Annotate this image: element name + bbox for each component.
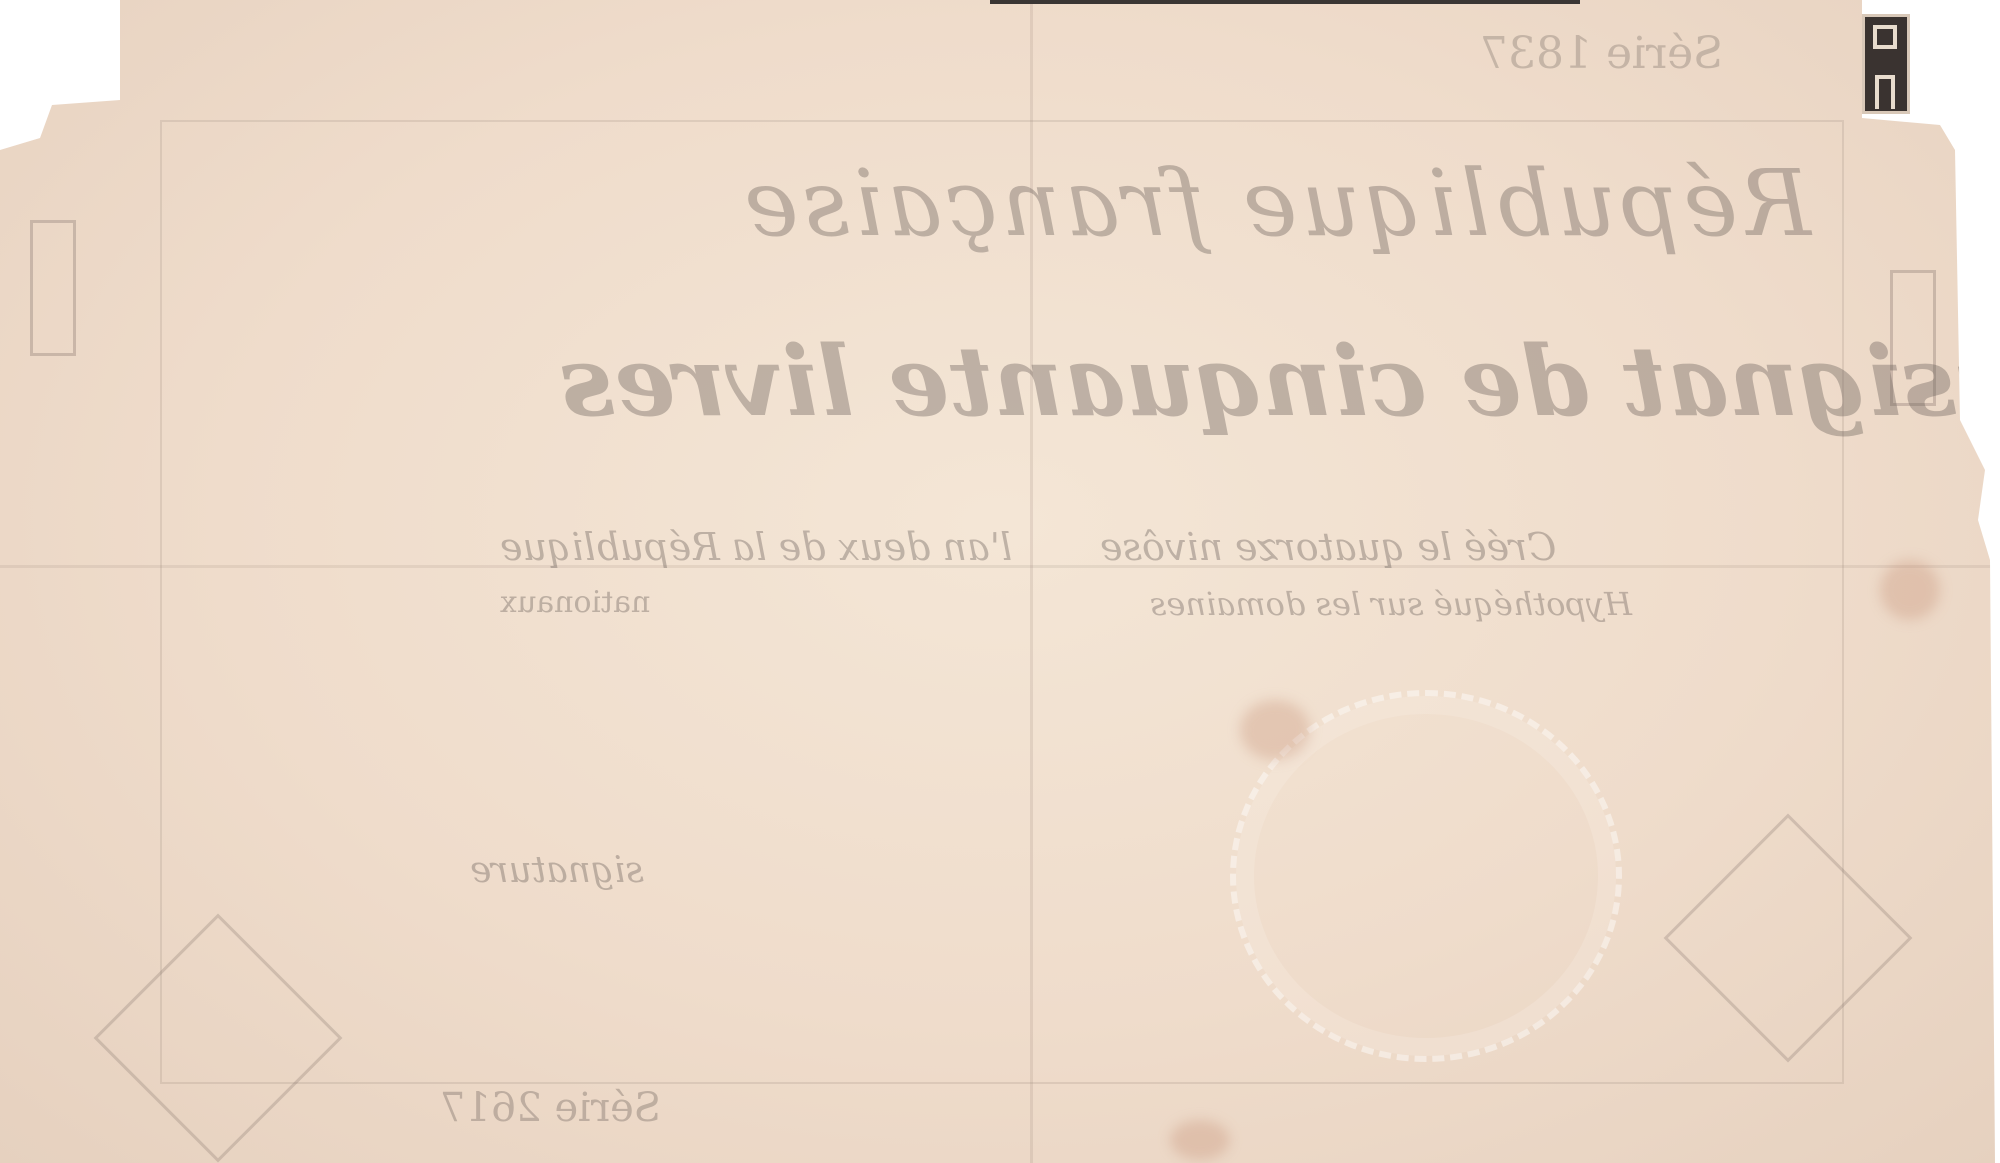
stain	[1880, 560, 1940, 620]
stain	[1240, 700, 1310, 760]
serial-number-bottom: Série 2617	[440, 1085, 661, 1131]
text-line-4: nationaux	[500, 585, 650, 620]
banknote-paper: Série 1837 République française Assignat…	[0, 0, 2000, 1163]
top-edge-shadow	[990, 0, 1580, 4]
serial-number-top: Série 1837	[1480, 28, 1723, 79]
left-ornament	[30, 220, 76, 356]
signature: signature	[470, 850, 644, 891]
stamp-fragment	[1862, 14, 1910, 114]
text-line-1: Créé le quatorze nivôse	[1100, 525, 1556, 569]
text-line-3: Hypothéqué sur les domaines	[1150, 585, 1632, 623]
stain	[1170, 1120, 1230, 1160]
denomination-title: Assignat de cinquante livres	[560, 325, 2000, 438]
header-text: République française	[740, 150, 1811, 257]
text-line-2: l'an deux de la République	[500, 525, 1012, 569]
